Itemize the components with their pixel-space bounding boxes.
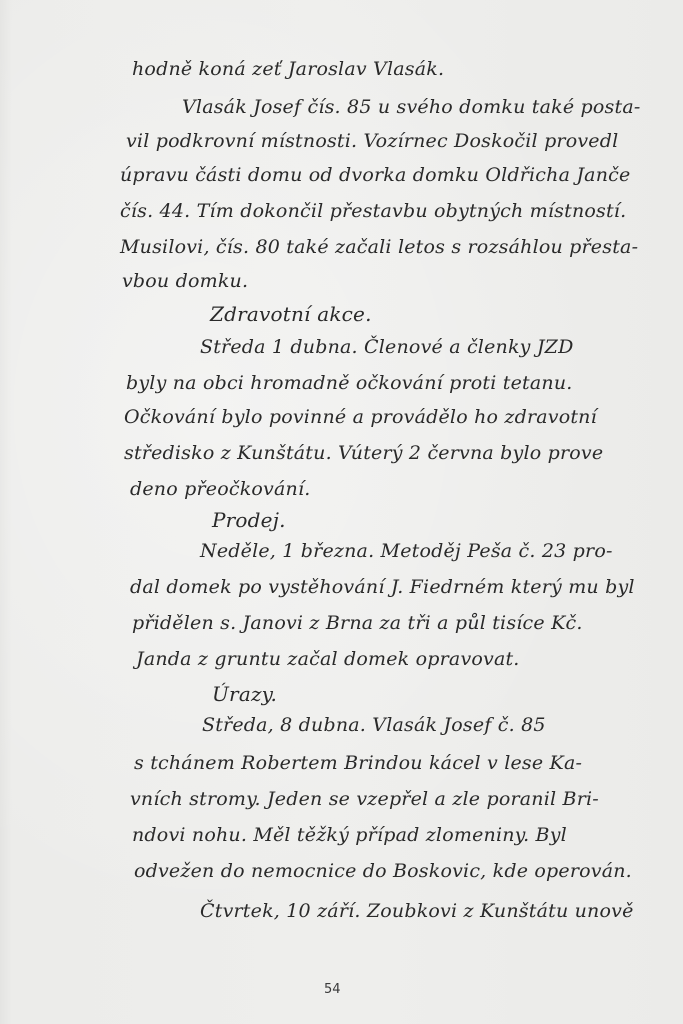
- document-page: hodně koná zeť Jaroslav Vlasák. Vlasák J…: [0, 0, 683, 1024]
- text-line: vních stromy. Jeden se vzepřel a zle por…: [130, 788, 599, 810]
- text-line: Janda z gruntu začal domek opravovat.: [136, 648, 520, 670]
- paragraph-start-line: Středa, 8 dubna. Vlasák Josef č. 85: [202, 714, 546, 736]
- text-line: ndovi nohu. Měl těžký případ zlomeniny. …: [132, 824, 567, 846]
- text-line: hodně koná zeť Jaroslav Vlasák.: [132, 58, 444, 80]
- paragraph-start-line: Neděle, 1 března. Metoděj Peša č. 23 pro…: [200, 540, 613, 562]
- section-heading-accidents: Úrazy.: [212, 682, 277, 706]
- page-number: 54: [324, 982, 341, 997]
- text-line: byly na obci hromadně očkování proti tet…: [126, 372, 573, 394]
- text-line: úpravu části domu od dvorka domku Oldřic…: [120, 164, 630, 186]
- text-line: s tchánem Robertem Brindou kácel v lese …: [134, 752, 582, 774]
- text-line: přidělen s. Janovi z Brna za tři a půl t…: [132, 612, 583, 634]
- text-line: vbou domku.: [122, 270, 248, 292]
- text-line: Očkování bylo povinné a provádělo ho zdr…: [124, 406, 597, 428]
- text-line: odvežen do nemocnice do Boskovic, kde op…: [134, 860, 632, 882]
- text-line: vil podkrovní místnosti. Vozírnec Doskoč…: [126, 130, 618, 152]
- section-heading-sale: Prodej.: [212, 508, 286, 532]
- paragraph-start-line: Vlasák Josef čís. 85 u svého domku také …: [182, 96, 640, 118]
- text-line: Musilovi, čís. 80 také začali letos s ro…: [120, 236, 638, 258]
- text-line: dal domek po vystěhování J. Fiedrném kte…: [130, 576, 635, 598]
- text-line: středisko z Kunštátu. Vúterý 2 června by…: [124, 442, 603, 464]
- paragraph-start-line: Čtvrtek, 10 září. Zoubkovi z Kunštátu un…: [200, 900, 634, 922]
- text-line: deno přeočkování.: [130, 478, 310, 500]
- text-line: čís. 44. Tím dokončil přestavbu obytných…: [120, 200, 626, 222]
- section-heading-health: Zdravotní akce.: [210, 302, 372, 326]
- paragraph-start-line: Středa 1 dubna. Členové a členky JZD: [200, 336, 574, 358]
